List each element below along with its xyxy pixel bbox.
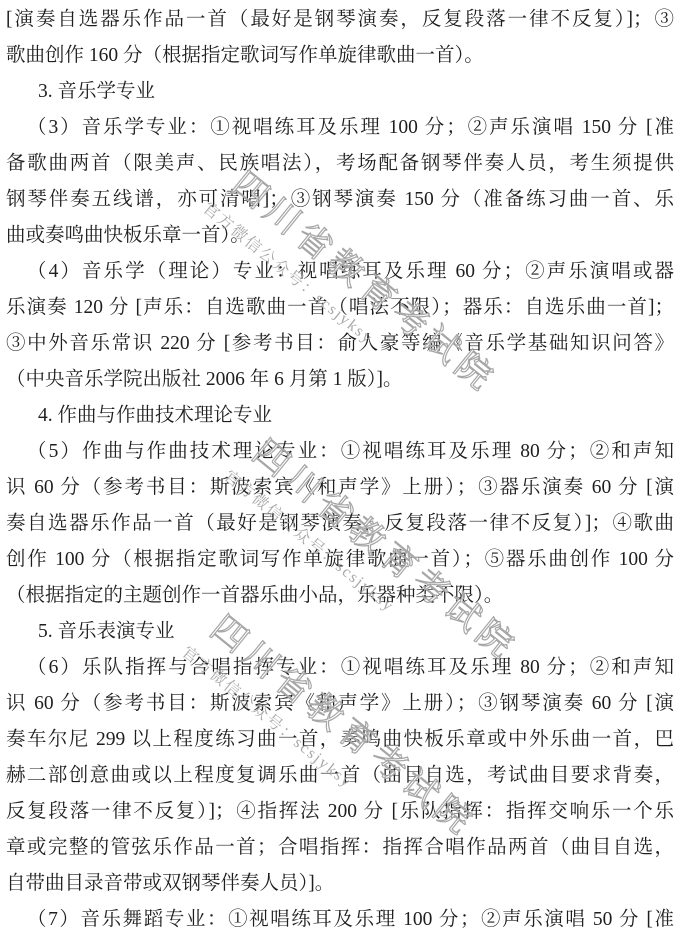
document-text: [演奏自选器乐作品一首（最好是钢琴演奏，反复段落一律不反复）]；③歌曲创作 16… <box>0 0 680 937</box>
text-line: 奏车尔尼 299 以上程度练习曲一首，奏鸣曲快板乐章或中外乐曲一首，巴 <box>6 722 674 758</box>
text-line: （中央音乐学院出版社 2006 年 6 月第 1 版）]。 <box>6 362 674 398</box>
text-line: （7）音乐舞蹈专业：①视唱练耳及乐理 100 分；②声乐演唱 50 分 [准 <box>6 902 674 937</box>
text-line: ③中外音乐常识 220 分 [参考书目：俞人豪等编《音乐学基础知识问答》 <box>6 326 674 362</box>
text-line: 章或完整的管弦乐作品一首；合唱指挥：指挥合唱作品两首（曲目自选， <box>6 830 674 866</box>
text-line: （6）乐队指挥与合唱指挥专业：①视唱练耳及乐理 80 分；②和声知 <box>6 650 674 686</box>
text-line: 识 60 分（参考书目：斯波索宾《和声学》上册）；③器乐演奏 60 分 [演 <box>6 470 674 506</box>
text-line: （4）音乐学（理论）专业：视唱练耳及乐理 60 分；②声乐演唱或器 <box>6 254 674 290</box>
text-line: 5. 音乐表演专业 <box>6 614 674 650</box>
text-line: 乐演奏 120 分 [声乐：自选歌曲一首（唱法不限）；器乐：自选乐曲一首]； <box>6 290 674 326</box>
text-line: 识 60 分（参考书目：斯波索宾《和声学》上册）；③钢琴演奏 60 分 [演 <box>6 686 674 722</box>
text-line: [演奏自选器乐作品一首（最好是钢琴演奏，反复段落一律不反复）]；③ <box>6 2 674 38</box>
text-line: （5）作曲与作曲技术理论专业：①视唱练耳及乐理 80 分；②和声知 <box>6 434 674 470</box>
text-line: 创作 100 分（根据指定歌词写作单旋律歌曲一首）；⑤器乐曲创作 100 分 <box>6 542 674 578</box>
text-line: 自带曲目录音带或双钢琴伴奏人员）]。 <box>6 866 674 902</box>
document-page: [演奏自选器乐作品一首（最好是钢琴演奏，反复段落一律不反复）]；③歌曲创作 16… <box>0 0 680 937</box>
text-line: 歌曲创作 160 分（根据指定歌词写作单旋律歌曲一首）。 <box>6 38 674 74</box>
text-line: 赫二部创意曲或以上程度复调乐曲一首（曲目自选，考试曲目要求背奏， <box>6 758 674 794</box>
text-line: 奏自选器乐作品一首（最好是钢琴演奏，反复段落一律不反复）]；④歌曲 <box>6 506 674 542</box>
text-line: 曲或奏鸣曲快板乐章一首）。 <box>6 218 674 254</box>
text-line: 4. 作曲与作曲技术理论专业 <box>6 398 674 434</box>
text-line: 备歌曲两首（限美声、民族唱法），考场配备钢琴伴奏人员，考生须提供 <box>6 146 674 182</box>
text-line: （3）音乐学专业：①视唱练耳及乐理 100 分；②声乐演唱 150 分 [准 <box>6 110 674 146</box>
text-line: （根据指定的主题创作一首器乐曲小品，乐器种类不限）。 <box>6 578 674 614</box>
text-line: 反复段落一律不反复）]；④指挥法 200 分 [乐队指挥：指挥交响乐一个乐 <box>6 794 674 830</box>
text-line: 钢琴伴奏五线谱，亦可清唱]；③钢琴演奏 150 分（准备练习曲一首、乐 <box>6 182 674 218</box>
text-line: 3. 音乐学专业 <box>6 74 674 110</box>
